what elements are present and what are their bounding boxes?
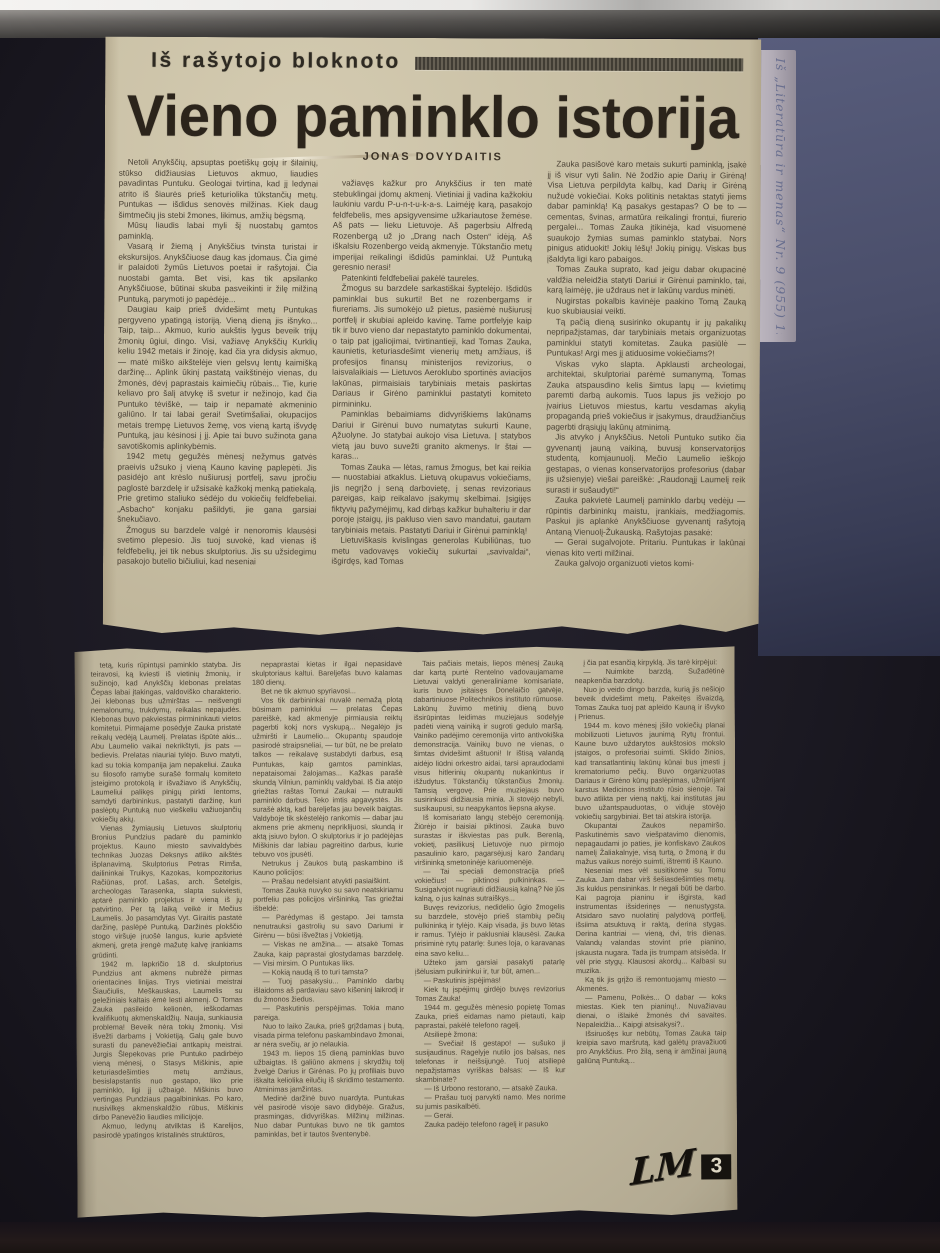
paragraph: Zauka pakvietė Laumelį paminklo darbų ve… xyxy=(546,495,746,538)
paragraph: Išsiruošęs kur nebūtų, Tomas Zauka taip … xyxy=(576,1028,726,1065)
top-newspaper-clipping: Iš rašytojo bloknoto Vieno paminklo isto… xyxy=(103,37,762,641)
paragraph: tetą, kuris rūpintųsi paminklo statyba. … xyxy=(91,660,242,824)
bottom-newspaper-clipping: tetą, kuris rūpintųsi paminklo statyba. … xyxy=(75,645,738,1218)
paragraph: Kiek tų įspėjimų girdėjo buvęs revizoriu… xyxy=(415,984,565,1003)
paragraph: — Pamenu, Polkės... O dabar — koks miest… xyxy=(576,992,726,1029)
newspaper-footer: LM 3 xyxy=(630,1151,731,1184)
top-article-columns: JONAS DOVYDAITIS Netoli Anykščių, apsupt… xyxy=(103,150,761,651)
paragraph: Daugiau kaip prieš dvidešimt metų Puntuk… xyxy=(118,305,318,453)
paragraph: Tomas Zauka suprato, kad jeigu dabar oku… xyxy=(547,265,746,297)
paragraph: Tą pačią dieną susirinko okupantų ir jų … xyxy=(547,317,747,360)
paragraph: — Nuimkite barzdą. Sužadėtinė neapkenčia… xyxy=(574,666,724,685)
paragraph: Zauka galvojo organizuoti vietos komi- xyxy=(546,558,745,569)
article-byline: JONAS DOVYDAITIS xyxy=(321,151,544,164)
scanner-glass-edge xyxy=(0,0,940,10)
article-column-3: Zauka pasišovė karo metais sukurti pamin… xyxy=(545,160,746,631)
article-column-1: Netoli Anykščių, apsuptas poetiškų gojų … xyxy=(117,158,318,629)
paragraph: Tomas Zauka nuvyko su savo neatskiriamu … xyxy=(253,885,403,913)
paragraph: Lietuviškasis kvislingas generolas Kubil… xyxy=(331,536,530,568)
article-column-4: tetą, kuris rūpintųsi paminklo statyba. … xyxy=(91,660,244,1206)
scanner-top-bar xyxy=(0,10,940,38)
paragraph: Ką tik jis grįžo iš remontuojamų miesto … xyxy=(576,974,726,993)
paragraph: Nuo jo veido dingo barzda, kurią jis neš… xyxy=(574,684,724,721)
paragraph: — Viskas ne amžina... — atsakė Tomas Zau… xyxy=(253,939,403,967)
paragraph: Tomas Zauka — lėtas, ramus žmogus, bet k… xyxy=(331,462,531,536)
paragraph: Okupantai Zaukos nepamiršo. Paskutinėmis… xyxy=(575,820,725,866)
paragraph: 1942 m. lapkričio 18 d. skulptorius Pund… xyxy=(92,958,243,1122)
paragraph: Neseniai mes vėl susitikome su Tomu Zauk… xyxy=(575,865,726,974)
decorative-rule-bar xyxy=(415,56,744,70)
kicker-label: Iš rašytojo bloknoto xyxy=(151,49,401,74)
paragraph: — Parėdymas iš gestapo. Jei tamsta nenut… xyxy=(253,912,403,940)
paragraph: nepaprastai kietas ir ilgai nepasidavė s… xyxy=(252,659,402,687)
article-headline: Vieno paminklo istorija xyxy=(105,81,761,151)
paragraph: — Prašau tuoj parvykti namo. Mes norime … xyxy=(415,1092,565,1111)
paragraph: — Gerai sugalvojote. Pritariu. Puntukas … xyxy=(546,537,745,559)
paragraph: Žmogus su barzdele valgė ir nenoromis kl… xyxy=(117,525,317,568)
literatura-ir-menas-logo: LM xyxy=(630,1146,696,1190)
paragraph: 1944 m. gegužės mėnesio popietę Tomas Za… xyxy=(415,1002,565,1030)
bottom-shadow-strip xyxy=(0,1222,940,1253)
paragraph: Užteko jam garsiai pasakyti patarlę įšėl… xyxy=(415,957,565,976)
paragraph: važiavęs kažkur pro Anykščius ir ten mat… xyxy=(333,179,533,274)
paragraph: — Svečiai! Iš gestapo! — sušuko ji susij… xyxy=(415,1038,565,1084)
paragraph: Vasarą ir žiemą į Anykščius tvinsta turi… xyxy=(118,242,318,306)
article-column-2: važiavęs kažkur pro Anykščius ir ten mat… xyxy=(331,159,532,650)
page-number: 3 xyxy=(701,1155,731,1180)
paragraph: Paminklas bebaimiams didvyriškiems lakūn… xyxy=(332,410,532,463)
article-column-7: į čia pat esančią kirpyklą. Jis tarė kir… xyxy=(574,657,727,1203)
paragraph: Nugirstas pokalbis kavinėje paakino Tomą… xyxy=(547,296,746,318)
paragraph: Akmuo, ledynų atvilktas iš Karelijos, pa… xyxy=(93,1121,243,1140)
paragraph: — Tuoj pasakysiu... Paminklo darbų išlai… xyxy=(253,976,403,1004)
paragraph: 1943 m. liepos 15 dieną paminklas buvo u… xyxy=(254,1048,404,1094)
paragraph: — Tai speciali demonstracija prieš vokie… xyxy=(414,866,564,903)
paragraph: Zauka padėjo telefono ragelį ir pasuko xyxy=(415,1120,565,1130)
paragraph: Žmogus su barzdele sarkastiškai šyptelėj… xyxy=(332,284,532,411)
paragraph: Buvęs revizorius, nedidelio ūgio žmogeli… xyxy=(414,902,565,957)
article-column-6: Tais pačiais metais, liepos mėnesį Zauką… xyxy=(413,658,566,1204)
bottom-article-columns: tetą, kuris rūpintųsi paminklo statyba. … xyxy=(75,645,738,1205)
paragraph: Mūsų liaudis labai myli šį nuostabų gamt… xyxy=(118,221,317,243)
paragraph: 1942 metų gegužės mėnesį nežymus gatvės … xyxy=(117,452,317,526)
paragraph: Netoli Anykščių, apsuptas poetiškų gojų … xyxy=(119,158,319,222)
paragraph: Vos tik darbininkai nuvalė nemažą plotą … xyxy=(252,695,403,859)
paragraph: Viskas vyko slapta. Apklausti archeologa… xyxy=(546,359,746,433)
paragraph: Vienas žymiausių Lietuvos skulptorių Bro… xyxy=(91,823,242,959)
paragraph: — Paskutinis perspėjimas. Tokia mano par… xyxy=(254,1003,404,1022)
paragraph: 1944 m. kovo mėnesį įšilo vokiečių plana… xyxy=(575,721,726,821)
paragraph: Iš komisariato langų stebėjo ceremoniją.… xyxy=(414,812,565,867)
article-column-5: nepaprastai kietas ir ilgai nepasidavė s… xyxy=(252,659,405,1205)
paragraph: Medinė daržinė buvo nuardyta. Puntukas v… xyxy=(254,1093,404,1139)
paragraph: Netrukus į Zaukos butą paskambino iš Kau… xyxy=(253,858,403,877)
paragraph: Tais pačiais metais, liepos mėnesį Zauką… xyxy=(413,658,564,813)
paragraph: Jis atvyko į Anykščius. Netoli Puntuko s… xyxy=(546,432,746,496)
paragraph: Nuo to laiko Zauka, prieš grįždamas į bu… xyxy=(254,1021,404,1049)
paragraph: Zauka pasišovė karo metais sukurti pamin… xyxy=(547,160,747,266)
kicker-row: Iš rašytojo bloknoto xyxy=(105,37,761,76)
